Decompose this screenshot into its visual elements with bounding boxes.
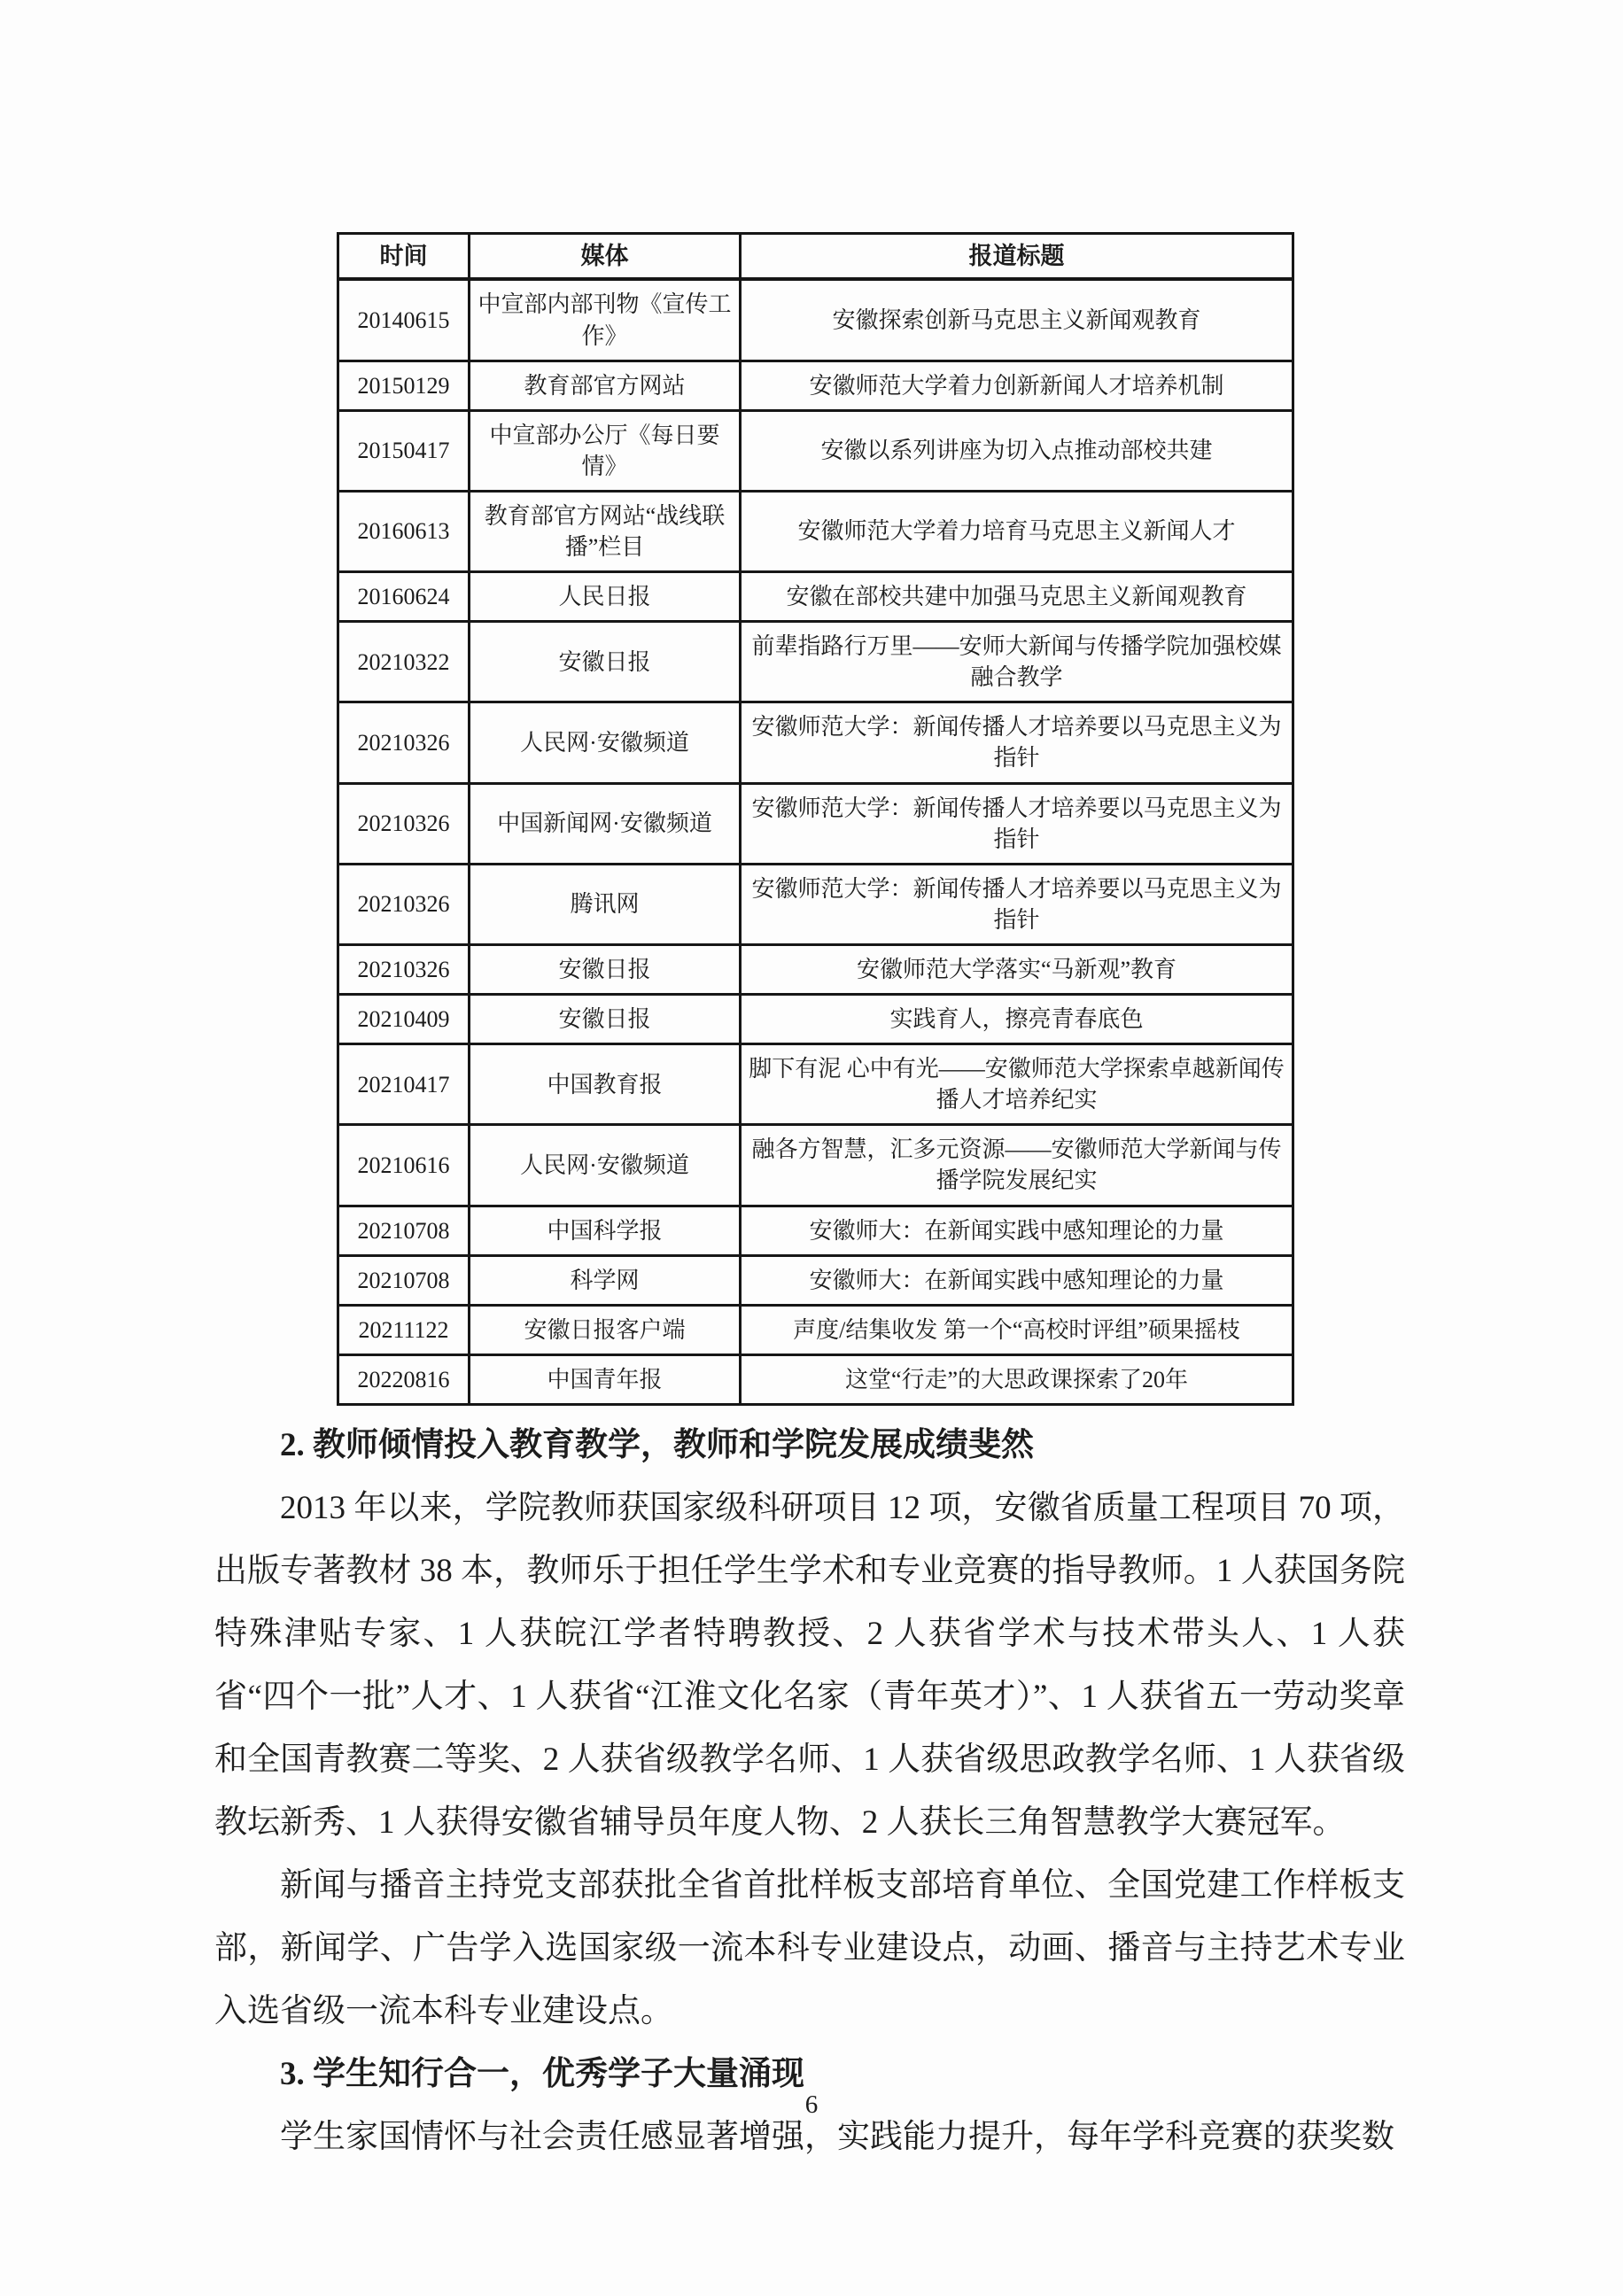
- cell-title: 融各方智慧，汇多元资源——安徽师范大学新闻与传播学院发展纪实: [741, 1125, 1293, 1206]
- paragraph-party-programs: 新闻与播音主持党支部获批全省首批样板支部培育单位、全国党建工作样板支部，新闻学、…: [214, 1854, 1405, 2043]
- cell-media: 安徽日报: [470, 995, 741, 1044]
- table-row: 20140615中宣部内部刊物《宣传工作》安徽探索创新马克思主义新闻观教育: [338, 279, 1293, 361]
- cell-date: 20140615: [338, 279, 470, 361]
- cell-date: 20210708: [338, 1206, 470, 1255]
- page-number: 6: [0, 2090, 1623, 2120]
- header-cell-title: 报道标题: [741, 234, 1293, 280]
- header-cell-time: 时间: [338, 234, 470, 280]
- cell-media: 安徽日报: [470, 944, 741, 994]
- table-row: 20210708科学网安徽师大：在新闻实践中感知理论的力量: [338, 1255, 1293, 1305]
- cell-date: 20150129: [338, 361, 470, 410]
- cell-title: 声度/结集收发 第一个“高校时评组”硕果摇枝: [741, 1305, 1293, 1354]
- cell-media: 中国新闻网·安徽频道: [470, 783, 741, 864]
- cell-date: 20211122: [338, 1305, 470, 1354]
- cell-title: 安徽在部校共建中加强马克思主义新闻观教育: [741, 572, 1293, 622]
- cell-title: 安徽师范大学：新闻传播人才培养要以马克思主义为指针: [741, 783, 1293, 864]
- cell-date: 20210326: [338, 864, 470, 944]
- table-row: 20210326腾讯网安徽师范大学：新闻传播人才培养要以马克思主义为指针: [338, 864, 1293, 944]
- table-row: 20210326中国新闻网·安徽频道安徽师范大学：新闻传播人才培养要以马克思主义…: [338, 783, 1293, 864]
- cell-title: 安徽以系列讲座为切入点推动部校共建: [741, 410, 1293, 491]
- table-row: 20220816中国青年报这堂“行走”的大思政课探索了20年: [338, 1354, 1293, 1404]
- report-table-body: 20140615中宣部内部刊物《宣传工作》安徽探索创新马克思主义新闻观教育201…: [338, 279, 1293, 1404]
- cell-title: 安徽探索创新马克思主义新闻观教育: [741, 279, 1293, 361]
- cell-title: 这堂“行走”的大思政课探索了20年: [741, 1354, 1293, 1404]
- cell-date: 20210409: [338, 995, 470, 1044]
- cell-date: 20160613: [338, 491, 470, 571]
- section-2-heading: 2. 教师倾情投入教育教学，教师和学院发展成绩斐然: [214, 1414, 1405, 1477]
- cell-media: 中国教育报: [470, 1044, 741, 1125]
- table-row: 20160613教育部官方网站“战线联播”栏目安徽师范大学着力培育马克思主义新闻…: [338, 491, 1293, 571]
- cell-title: 实践育人，擦亮青春底色: [741, 995, 1293, 1044]
- cell-date: 20210417: [338, 1044, 470, 1125]
- cell-title: 前辈指路行万里——安师大新闻与传播学院加强校媒融合教学: [741, 622, 1293, 702]
- table-row: 20150417中宣部办公厅《每日要情》安徽以系列讲座为切入点推动部校共建: [338, 410, 1293, 491]
- cell-date: 20210326: [338, 783, 470, 864]
- cell-title: 安徽师范大学：新闻传播人才培养要以马克思主义为指针: [741, 702, 1293, 783]
- cell-date: 20210322: [338, 622, 470, 702]
- table-row: 20210616人民网·安徽频道融各方智慧，汇多元资源——安徽师范大学新闻与传播…: [338, 1125, 1293, 1206]
- cell-media: 教育部官方网站“战线联播”栏目: [470, 491, 741, 571]
- cell-media: 中国青年报: [470, 1354, 741, 1404]
- cell-media: 人民网·安徽频道: [470, 702, 741, 783]
- header-cell-media: 媒体: [470, 234, 741, 280]
- cell-date: 20210326: [338, 702, 470, 783]
- cell-title: 安徽师范大学着力创新新闻人才培养机制: [741, 361, 1293, 410]
- paragraph-teacher-achievements: 2013 年以来，学院教师获国家级科研项目 12 项，安徽省质量工程项目 70 …: [214, 1477, 1405, 1854]
- cell-title: 安徽师大：在新闻实践中感知理论的力量: [741, 1206, 1293, 1255]
- cell-date: 20150417: [338, 410, 470, 491]
- table-header-row: 时间媒体报道标题: [338, 234, 1293, 280]
- table-row: 20210326人民网·安徽频道安徽师范大学：新闻传播人才培养要以马克思主义为指…: [338, 702, 1293, 783]
- cell-date: 20160624: [338, 572, 470, 622]
- cell-title: 安徽师大：在新闻实践中感知理论的力量: [741, 1255, 1293, 1305]
- cell-media: 安徽日报: [470, 622, 741, 702]
- table-row: 20210409安徽日报实践育人，擦亮青春底色: [338, 995, 1293, 1044]
- cell-date: 20220816: [338, 1354, 470, 1404]
- media-report-table: 时间媒体报道标题 20140615中宣部内部刊物《宣传工作》安徽探索创新马克思主…: [337, 232, 1294, 1406]
- table-row: 20210708中国科学报安徽师大：在新闻实践中感知理论的力量: [338, 1206, 1293, 1255]
- cell-media: 教育部官方网站: [470, 361, 741, 410]
- cell-title: 安徽师范大学着力培育马克思主义新闻人才: [741, 491, 1293, 571]
- cell-title: 安徽师范大学：新闻传播人才培养要以马克思主义为指针: [741, 864, 1293, 944]
- cell-date: 20210616: [338, 1125, 470, 1206]
- table-row: 20210322安徽日报前辈指路行万里——安师大新闻与传播学院加强校媒融合教学: [338, 622, 1293, 702]
- table-row: 20150129教育部官方网站安徽师范大学着力创新新闻人才培养机制: [338, 361, 1293, 410]
- document-page: 时间媒体报道标题 20140615中宣部内部刊物《宣传工作》安徽探索创新马克思主…: [0, 0, 1623, 2296]
- table-row: 20210417中国教育报脚下有泥 心中有光——安徽师范大学探索卓越新闻传播人才…: [338, 1044, 1293, 1125]
- cell-media: 中国科学报: [470, 1206, 741, 1255]
- cell-date: 20210326: [338, 944, 470, 994]
- cell-media: 科学网: [470, 1255, 741, 1305]
- cell-media: 中宣部内部刊物《宣传工作》: [470, 279, 741, 361]
- cell-date: 20210708: [338, 1255, 470, 1305]
- cell-media: 安徽日报客户端: [470, 1305, 741, 1354]
- table-row: 20211122安徽日报客户端声度/结集收发 第一个“高校时评组”硕果摇枝: [338, 1305, 1293, 1354]
- table-row: 20160624人民日报安徽在部校共建中加强马克思主义新闻观教育: [338, 572, 1293, 622]
- table-row: 20210326安徽日报安徽师范大学落实“马新观”教育: [338, 944, 1293, 994]
- cell-title: 脚下有泥 心中有光——安徽师范大学探索卓越新闻传播人才培养纪实: [741, 1044, 1293, 1125]
- cell-media: 人民网·安徽频道: [470, 1125, 741, 1206]
- body-text: 2. 教师倾情投入教育教学，教师和学院发展成绩斐然 2013 年以来，学院教师获…: [214, 1414, 1405, 2168]
- cell-media: 中宣部办公厅《每日要情》: [470, 410, 741, 491]
- cell-title: 安徽师范大学落实“马新观”教育: [741, 944, 1293, 994]
- cell-media: 人民日报: [470, 572, 741, 622]
- cell-media: 腾讯网: [470, 864, 741, 944]
